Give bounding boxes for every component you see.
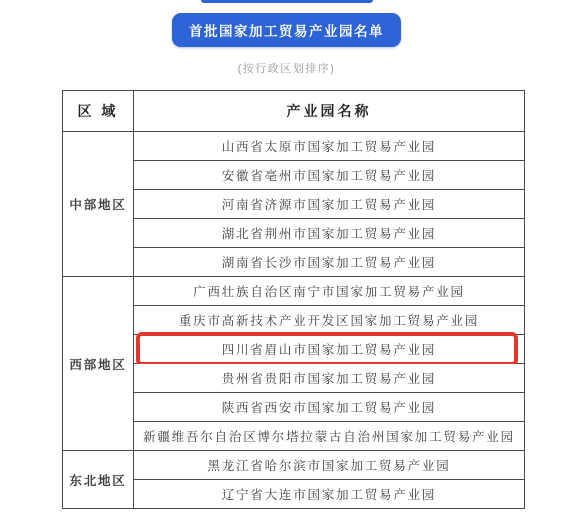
title-badge: 首批国家加工贸易产业园名单	[172, 13, 401, 47]
subtitle: (按行政区划排序)	[0, 60, 573, 76]
park-name-text: 四川省眉山市国家加工贸易产业园	[222, 343, 437, 357]
parks-table: 区 域 产业园名称 中部地区 山西省太原市国家加工贸易产业园 安徽省亳州市国家加…	[62, 90, 525, 509]
table-row: 东北地区 黑龙江省哈尔滨市国家加工贸易产业园	[63, 451, 525, 480]
park-name-cell: 重庆市高新技术产业开发区国家加工贸易产业园	[134, 306, 525, 335]
table-row: 中部地区 山西省太原市国家加工贸易产业园	[63, 132, 525, 161]
park-name-cell: 安徽省亳州市国家加工贸易产业园	[134, 161, 525, 190]
table-row: 西部地区 广西壮族自治区南宁市国家加工贸易产业园	[63, 277, 525, 306]
cropped-badge-sliver	[201, 0, 373, 3]
park-name-cell: 黑龙江省哈尔滨市国家加工贸易产业园	[134, 451, 525, 480]
park-name-cell: 湖南省长沙市国家加工贸易产业园	[134, 248, 525, 277]
park-name-cell: 河南省济源市国家加工贸易产业园	[134, 190, 525, 219]
park-name-cell-highlighted: 四川省眉山市国家加工贸易产业园	[134, 335, 525, 364]
park-name-cell: 广西壮族自治区南宁市国家加工贸易产业园	[134, 277, 525, 306]
park-name-cell: 新疆维吾尔自治区博尔塔拉蒙古自治州国家加工贸易产业园	[134, 422, 525, 451]
park-name-cell: 山西省太原市国家加工贸易产业园	[134, 132, 525, 161]
region-cell-northeast: 东北地区	[63, 451, 134, 509]
region-cell-western: 西部地区	[63, 277, 134, 451]
region-column-header: 区 域	[63, 91, 134, 132]
region-cell-central: 中部地区	[63, 132, 134, 277]
park-name-cell: 陕西省西安市国家加工贸易产业园	[134, 393, 525, 422]
park-name-cell: 辽宁省大连市国家加工贸易产业园	[134, 480, 525, 509]
park-name-cell: 湖北省荆州市国家加工贸易产业园	[134, 219, 525, 248]
park-name-cell: 贵州省贵阳市国家加工贸易产业园	[134, 364, 525, 393]
table-header-row: 区 域 产业园名称	[63, 91, 525, 132]
park-name-column-header: 产业园名称	[134, 91, 525, 132]
